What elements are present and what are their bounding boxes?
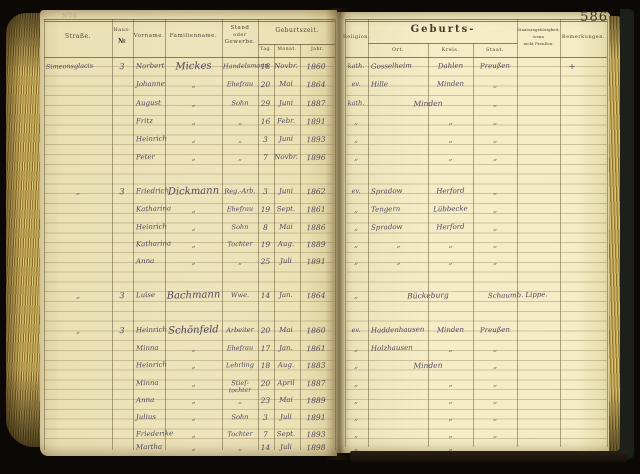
entry-haus: 3 (112, 62, 132, 72)
entry-tag: 3 (258, 187, 273, 196)
entry-familienname: „ (166, 442, 221, 452)
entry-kreis: Herford (429, 222, 472, 232)
entry-tag: 23 (258, 396, 273, 405)
entry-jahr: 1864 (299, 291, 333, 301)
entry-staat: „ (474, 116, 516, 126)
entry-staat: Preußen (474, 325, 516, 335)
entry-religion: kath. (344, 62, 368, 72)
entry-strasse: „ (46, 186, 110, 197)
entry-familienname: „ (166, 79, 221, 89)
entry-monat: Novbr. (273, 153, 299, 163)
table-rule-horizontal (44, 21, 335, 22)
entry-jahr: 1896 (299, 153, 333, 163)
entry-familienname: „ (166, 239, 221, 249)
entry-strasse: Simeonsglacis (46, 61, 110, 72)
entry-vorname: Anna (136, 396, 164, 406)
entry-kreis: Minden (429, 325, 472, 335)
col-header-bemerkungen: Bemerkungen. (560, 34, 607, 40)
entry-religion: ev. (344, 80, 368, 90)
entry-religion: „ (344, 379, 368, 389)
table-rule-vertical (560, 19, 561, 447)
entry-vorname: Peter (136, 153, 164, 163)
entry-monat: Febr. (273, 117, 299, 127)
entry-vorname: Anna (136, 257, 164, 267)
entry-jahr: 1861 (299, 344, 333, 354)
col-header-stand-1: Stand (223, 25, 257, 31)
entry-religion: „ (344, 396, 368, 406)
entry-stand: Ehefrau (223, 80, 257, 90)
entry-ort: Spradow (371, 186, 426, 196)
entry-tag: 25 (258, 257, 273, 266)
entry-familienname: „ (166, 134, 221, 144)
entry-jahr: 1886 (299, 223, 333, 233)
entry-religion: „ (344, 413, 368, 423)
entry-tag: 29 (258, 99, 273, 108)
entry-staat: „ (474, 343, 516, 353)
entry-haus: 3 (112, 326, 132, 336)
book-fore-edge-left (6, 13, 44, 447)
entry-kreis: „ (429, 378, 472, 388)
entry-vorname: Friedrich (136, 187, 164, 197)
entry-monat: April (273, 379, 299, 389)
entry-staat: „ (474, 204, 516, 214)
entry-religion: „ (344, 257, 368, 267)
entry-familienname: „ (166, 395, 221, 405)
book-cover-bottom (350, 451, 628, 463)
entry-jahr: 1889 (299, 240, 333, 250)
entry-kreis: Dahlen (429, 61, 472, 71)
entry-tag: 20 (258, 379, 273, 388)
entry-tag: 16 (258, 117, 273, 126)
entry-stand: Sohn (223, 99, 257, 109)
entry-tag: 19 (258, 205, 273, 214)
entry-kreis: Minden (429, 79, 472, 89)
col-header-jahr: Jahr. (300, 47, 335, 52)
entry-monat: Mai (273, 396, 299, 406)
entry-staat: „ (474, 395, 516, 405)
entry-tag: 7 (258, 430, 273, 439)
entry-monat: Mai (273, 326, 299, 336)
entry-staat: „ (474, 256, 516, 266)
entry-monat: Juni (273, 99, 299, 109)
table-rule-horizontal (345, 19, 607, 20)
entry-kreis: „ (429, 239, 472, 249)
entry-jahr: 1893 (299, 135, 333, 145)
entry-kreis: Lübbecke (429, 204, 472, 214)
entry-kreis: „ (429, 442, 472, 452)
entry-religion: ev. (344, 326, 368, 336)
entry-ort_span: Minden (396, 98, 460, 109)
entry-stand2: tochter (223, 386, 257, 396)
table-rule-horizontal (44, 19, 335, 20)
entry-kreis: „ (429, 116, 472, 126)
entry-religion: „ (344, 205, 368, 215)
entry-ort_span: Bückeburg (396, 290, 460, 301)
entry-tag: 17 (258, 344, 273, 353)
entry-monat: Juli (273, 443, 299, 453)
entry-tag: 20 (258, 326, 273, 335)
entry-stand: „ (223, 117, 257, 127)
table-rule-vertical (112, 19, 113, 450)
entry-vorname: Luise (136, 291, 164, 301)
entry-jahr: 1862 (299, 187, 333, 197)
entry-monat: Juni (273, 187, 299, 197)
entry-kreis: „ (429, 152, 472, 162)
entry-religion: „ (344, 153, 368, 163)
entry-religion: „ (344, 443, 368, 453)
entry-ort_span: Minden (396, 360, 460, 371)
entry-stand: „ (223, 443, 257, 453)
entry-staat: „ (474, 412, 516, 422)
entry-staat: „ (474, 222, 516, 232)
entry-vorname: Fritz (136, 117, 164, 127)
entry-religion: „ (344, 135, 368, 145)
col-header-vorname: Vorname. (131, 33, 167, 39)
entry-ort: Haddenhausen (371, 325, 426, 335)
entry-vorname: Minna (136, 379, 164, 389)
entry-familienname: Dickmann (166, 186, 221, 196)
entry-staat: „ (474, 429, 516, 439)
ruled-lines-left (44, 57, 335, 448)
entry-kreis: „ (429, 256, 472, 266)
entry-jahr: 1889 (299, 396, 333, 406)
entry-kreis: „ (429, 395, 472, 405)
entry-stand: Lehrling (223, 361, 257, 371)
entry-stand: Sohn (223, 223, 257, 233)
entry-ort: „ (371, 239, 426, 249)
entry-familienname: „ (166, 360, 221, 370)
entry-vorname: Katharina (136, 240, 164, 250)
col-header-staat: Staat. (473, 47, 517, 53)
entry-monat: Novbr. (273, 62, 299, 72)
table-rule-vertical (335, 19, 336, 450)
entry-tag: 14 (258, 291, 273, 300)
entry-vorname: Heinrich (136, 361, 164, 371)
entry-ort: Spradow (371, 222, 426, 232)
entry-familienname: „ (166, 343, 221, 353)
entry-ort: Gosselheim (371, 61, 426, 71)
entry-familienname: Bachmann (166, 290, 221, 300)
entry-jahr: 1891 (299, 257, 333, 267)
entry-vorname: Heinrich (136, 135, 164, 145)
entry-monat: Juli (273, 257, 299, 267)
entry-tag: 18 (258, 62, 273, 71)
entry-religion: „ (344, 291, 368, 301)
table-rule-horizontal (258, 44, 335, 45)
entry-stand: Arbeiter (223, 326, 257, 336)
entry-stand: Tochter (223, 240, 257, 250)
entry-kreis: „ (429, 412, 472, 422)
entry-stand: Wwe. (223, 291, 257, 301)
entry-staat: „ (474, 152, 516, 162)
entry-tag: 3 (258, 413, 273, 422)
entry-tag: 8 (258, 223, 273, 232)
entry-stand: „ (223, 135, 257, 145)
entry-stand: Ehefrau (223, 205, 257, 215)
entry-jahr: 1891 (299, 117, 333, 127)
entry-vorname: August (136, 99, 164, 109)
col-header-strasse: Straße. (46, 33, 110, 40)
entry-stand: Sohn (223, 413, 257, 423)
entry-tag: 20 (258, 80, 273, 89)
entry-vorname: Katharina (136, 205, 164, 215)
entry-monat: Juli (273, 413, 299, 423)
entry-vorname: Heinrich (136, 326, 164, 336)
col-header-religion: Religion. (343, 34, 369, 40)
entry-monat: Aug. (273, 361, 299, 371)
entry-jahr: 1887 (299, 99, 333, 109)
col-header-geburtszeit: Geburtszeit. (259, 27, 335, 34)
entry-familienname: Mickes (166, 61, 221, 71)
entry-strasse: „ (46, 325, 110, 336)
entry-jahr: 1891 (299, 413, 333, 423)
entry-monat: Juni (273, 135, 299, 145)
entry-familienname: „ (166, 98, 221, 108)
table-rule-horizontal (368, 43, 517, 44)
table-rule-vertical (368, 19, 369, 447)
entry-staat: „ (474, 98, 516, 108)
entry-staat: „ (474, 239, 516, 249)
entry-staat: „ (474, 186, 516, 196)
entry-monat: Sept. (273, 205, 299, 215)
col-header-tag: Tag. (258, 47, 274, 52)
entry-monat: Aug. (273, 240, 299, 250)
entry-stand: Tochter (223, 430, 257, 440)
entry-stand: Handelsmann (223, 62, 257, 72)
col-header-geburts: Geburts- (378, 24, 508, 35)
entry-jahr: 1861 (299, 205, 333, 215)
entry-haus: 3 (112, 187, 132, 197)
entry-familienname: „ (166, 256, 221, 266)
entry-ort: Tengern (371, 204, 426, 214)
entry-familienname: „ (166, 222, 221, 232)
entry-staat: „ (474, 134, 516, 144)
entry-ort: „ (371, 256, 426, 266)
entry-religion: „ (344, 240, 368, 250)
col-header-stand-3: Gewerbe. (223, 39, 257, 45)
entry-jahr: 1887 (299, 379, 333, 389)
entry-strasse: „ (46, 290, 110, 301)
col-header-kreis: Kreis. (428, 47, 473, 53)
entry-familienname: „ (166, 412, 221, 422)
scanned-register-book: Straße. Haus- № Vorname. Familienname. S… (0, 0, 640, 474)
entry-stand: „ (223, 257, 257, 267)
entry-familienname: „ (166, 116, 221, 126)
entry-jahr: 1860 (299, 62, 333, 72)
col-header-stand-2: oder (223, 32, 257, 38)
table-rule-horizontal (345, 57, 607, 58)
entry-bemerkung: + (556, 62, 588, 72)
entry-jahr: 1893 (299, 430, 333, 440)
entry-ort: Hille (371, 79, 426, 89)
entry-tag: 14 (258, 443, 273, 452)
col-header-familienname: Familienname. (165, 33, 222, 39)
entry-familienname: Schönfeld (166, 325, 221, 335)
col-header-staatsang-1: Staatsangehörigkeit, (517, 27, 560, 32)
entry-haus: 3 (112, 291, 132, 301)
entry-kreis: „ (429, 343, 472, 353)
col-header-staatsang-2: wenn (517, 34, 560, 39)
entry-kreis: „ (429, 134, 472, 144)
entry-familienname: „ (166, 378, 221, 388)
entry-vorname: Norbert (136, 62, 164, 72)
entry-religion: ev. (344, 187, 368, 197)
table-rule-vertical (607, 19, 608, 447)
entry-religion: „ (344, 117, 368, 127)
entry-vorname: Heinrich (136, 223, 164, 233)
page-number: 586 (572, 10, 608, 25)
entry-jahr: 1883 (299, 361, 333, 371)
entry-tag: 19 (258, 240, 273, 249)
book-back-cover-edge (620, 9, 634, 459)
entry-religion: „ (344, 361, 368, 371)
entry-religion: „ (344, 344, 368, 354)
entry-jahr: 1898 (299, 443, 333, 453)
entry-monat: Mai (273, 80, 299, 90)
entry-tag: 3 (258, 135, 273, 144)
entry-tag: 7 (258, 153, 273, 162)
entry-monat: Mai (273, 223, 299, 233)
col-header-staatsang-3: nicht Preußen. (517, 41, 560, 46)
table-rule-horizontal (345, 21, 607, 22)
entry-vorname: Friederike (136, 430, 164, 440)
entry-stand: Reg.-Arb. (223, 187, 257, 197)
entry-stand: „ (223, 396, 257, 406)
entry-staat: Preußen (474, 61, 516, 71)
entry-stand: „ (223, 153, 257, 163)
table-rule-vertical (133, 19, 134, 450)
entry-vorname: Johanne (136, 80, 164, 90)
entry-staat: „ (474, 79, 516, 89)
entry-familienname: „ (166, 204, 221, 214)
entry-religion: „ (344, 223, 368, 233)
entry-kreis: Herford (429, 186, 472, 196)
entry-staat: „ (474, 360, 516, 370)
entry-ort: Holzhausen (371, 343, 426, 353)
entry-kreis: „ (429, 429, 472, 439)
col-header-monat: Monat. (274, 47, 300, 52)
table-rule-vertical (517, 19, 518, 447)
entry-monat: Jan. (273, 291, 299, 301)
entry-staat: „ (474, 378, 516, 388)
entry-vorname: Martha (136, 443, 164, 453)
entry-tag: 18 (258, 361, 273, 370)
entry-jahr: 1860 (299, 326, 333, 336)
entry-monat: Sept. (273, 430, 299, 440)
entry-vorname: Minna (136, 344, 164, 354)
entry-monat: Jan. (273, 344, 299, 354)
entry-jahr: 1864 (299, 80, 333, 90)
entry-familienname: „ (166, 152, 221, 162)
entry-religion: „ (344, 430, 368, 440)
entry-vorname: Julius (136, 413, 164, 423)
entry-religion: kath. (344, 99, 368, 109)
entry-stand: Ehefrau (223, 344, 257, 354)
table-rule-horizontal (44, 57, 335, 58)
entry-familienname: „ (166, 429, 221, 439)
col-header-ort: Ort. (368, 47, 428, 53)
table-rule-vertical (44, 19, 45, 450)
